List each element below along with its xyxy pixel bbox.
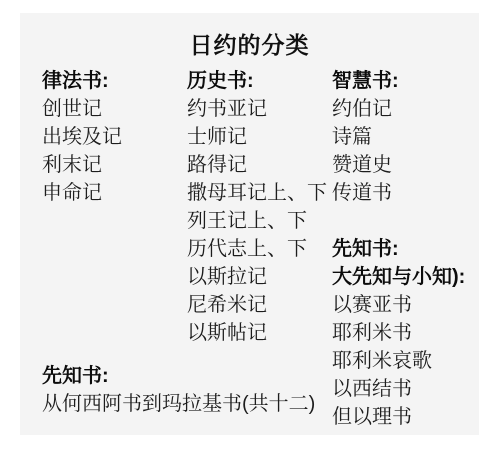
book-line: 约伯记 bbox=[332, 95, 479, 123]
spacer-line bbox=[42, 207, 187, 235]
spacer-line bbox=[42, 319, 187, 347]
book-line: 利末记 bbox=[42, 151, 187, 179]
classification-panel: 日约的分类 律法书:创世记出埃及记利末记申命记先知书:从何西阿书到玛拉基书(共十… bbox=[20, 13, 479, 435]
spacer-line bbox=[42, 235, 187, 263]
book-line: 约书亚记 bbox=[187, 95, 332, 123]
book-line: 申命记 bbox=[42, 179, 187, 207]
column-wisdom-and-prophet-books: 智慧书:约伯记诗篇赞道史传道书先知书:大先知与小知):以赛亚书耶利米书耶利米哀歌… bbox=[332, 67, 479, 431]
book-line: 出埃及记 bbox=[42, 123, 187, 151]
book-line: 耶利米书 bbox=[332, 319, 479, 347]
book-line: 诗篇 bbox=[332, 123, 479, 151]
section-header: 大先知与小知): bbox=[332, 263, 479, 291]
book-line: 尼希米记 bbox=[187, 291, 332, 319]
book-line: 耶利米哀歌 bbox=[332, 347, 479, 375]
book-line: 赞道史 bbox=[332, 151, 479, 179]
book-columns: 律法书:创世记出埃及记利末记申命记先知书:从何西阿书到玛拉基书(共十二) 历史书… bbox=[20, 67, 479, 431]
column-law-books: 律法书:创世记出埃及记利末记申命记先知书:从何西阿书到玛拉基书(共十二) bbox=[42, 67, 187, 431]
book-line: 历代志上、下 bbox=[187, 235, 332, 263]
spacer-line bbox=[42, 291, 187, 319]
spacer-line bbox=[332, 207, 479, 235]
book-line: 创世记 bbox=[42, 95, 187, 123]
book-line: 列王记上、下 bbox=[187, 207, 332, 235]
section-header: 历史书: bbox=[187, 67, 332, 95]
column-history-books: 历史书:约书亚记士师记路得记撒母耳记上、下列王记上、下历代志上、下以斯拉记尼希米… bbox=[187, 67, 332, 431]
book-line: 传道书 bbox=[332, 179, 479, 207]
book-line: 撒母耳记上、下 bbox=[187, 179, 332, 207]
book-line: 路得记 bbox=[187, 151, 332, 179]
page-title: 日约的分类 bbox=[20, 32, 479, 58]
book-line: 但以理书 bbox=[332, 403, 479, 431]
spacer-line bbox=[42, 263, 187, 291]
book-line: 从何西阿书到玛拉基书(共十二) bbox=[42, 390, 187, 418]
book-line: 以斯拉记 bbox=[187, 263, 332, 291]
book-line: 以西结书 bbox=[332, 375, 479, 403]
book-line: 士师记 bbox=[187, 123, 332, 151]
section-header: 律法书: bbox=[42, 67, 187, 95]
book-line: 以斯帖记 bbox=[187, 319, 332, 347]
section-header: 智慧书: bbox=[332, 67, 479, 95]
section-header: 先知书: bbox=[332, 235, 479, 263]
section-header: 先知书: bbox=[42, 362, 187, 390]
book-line: 以赛亚书 bbox=[332, 291, 479, 319]
